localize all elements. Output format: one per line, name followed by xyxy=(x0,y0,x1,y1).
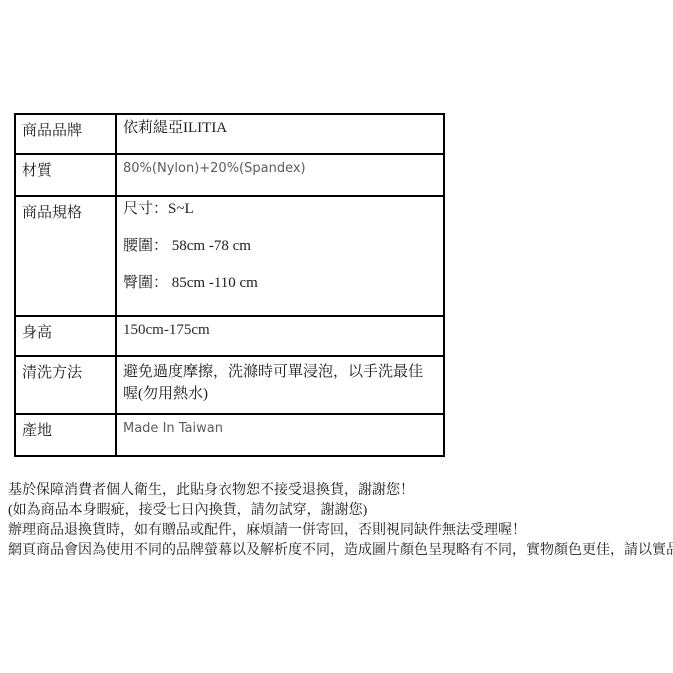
table-row-origin: 產地 Made In Taiwan xyxy=(15,414,444,456)
spec-waist-line: 腰圍： 58cm -78 cm xyxy=(123,238,436,255)
table-row-height: 身高 150cm-175cm xyxy=(15,316,444,356)
height-label: 身高 xyxy=(15,316,116,356)
return-policy-notes: 基於保障消費者個人衛生，此貼身衣物恕不接受退換貨，謝謝您！ (如為商品本身暇疵，… xyxy=(8,481,670,561)
spec-hip-line: 臀圍： 85cm -110 cm xyxy=(123,275,436,292)
washing-value: 避免過度摩擦，洗滌時可單浸泡，以手洗最佳喔(勿用熱水) xyxy=(123,361,436,405)
table-row-specs: 商品規格 尺寸：S~L 腰圍： 58cm -78 cm 臀圍： 85cm -11… xyxy=(15,196,444,316)
table-row-material: 材質 80%(Nylon)+20%(Spandex) xyxy=(15,154,444,196)
height-value: 150cm-175cm xyxy=(123,322,210,338)
spec-size-line: 尺寸：S~L xyxy=(123,201,436,218)
specs-label: 商品規格 xyxy=(15,196,116,316)
origin-value: Made In Taiwan xyxy=(123,421,223,436)
origin-label: 產地 xyxy=(15,414,116,456)
table-row-brand: 商品品牌 依莉緹亞ILITIA xyxy=(15,114,444,154)
note-color-disclaimer: 網頁商品會因為使用不同的品牌螢幕以及解析度不同，造成圖片顏色呈現略有不同，實物顏… xyxy=(8,541,670,561)
brand-value: 依莉緹亞ILITIA xyxy=(123,120,227,136)
note-return-accessories: 辦理商品退換貨時，如有贈品或配件，麻煩請一併寄回，否則視同缺件無法受理喔！ xyxy=(8,521,670,541)
note-hygiene: 基於保障消費者個人衛生，此貼身衣物恕不接受退換貨，謝謝您！ xyxy=(8,481,670,501)
note-defect-exchange: (如為商品本身暇疵，接受七日內換貨，請勿試穿，謝謝您) xyxy=(8,501,670,521)
product-spec-table: 商品品牌 依莉緹亞ILITIA 材質 80%(Nylon)+20%(Spande… xyxy=(14,113,445,457)
material-value: 80%(Nylon)+20%(Spandex) xyxy=(123,161,306,176)
table-row-washing: 清洗方法 避免過度摩擦，洗滌時可單浸泡，以手洗最佳喔(勿用熱水) xyxy=(15,356,444,414)
washing-label: 清洗方法 xyxy=(15,356,116,414)
material-label: 材質 xyxy=(15,154,116,196)
brand-label: 商品品牌 xyxy=(15,114,116,154)
